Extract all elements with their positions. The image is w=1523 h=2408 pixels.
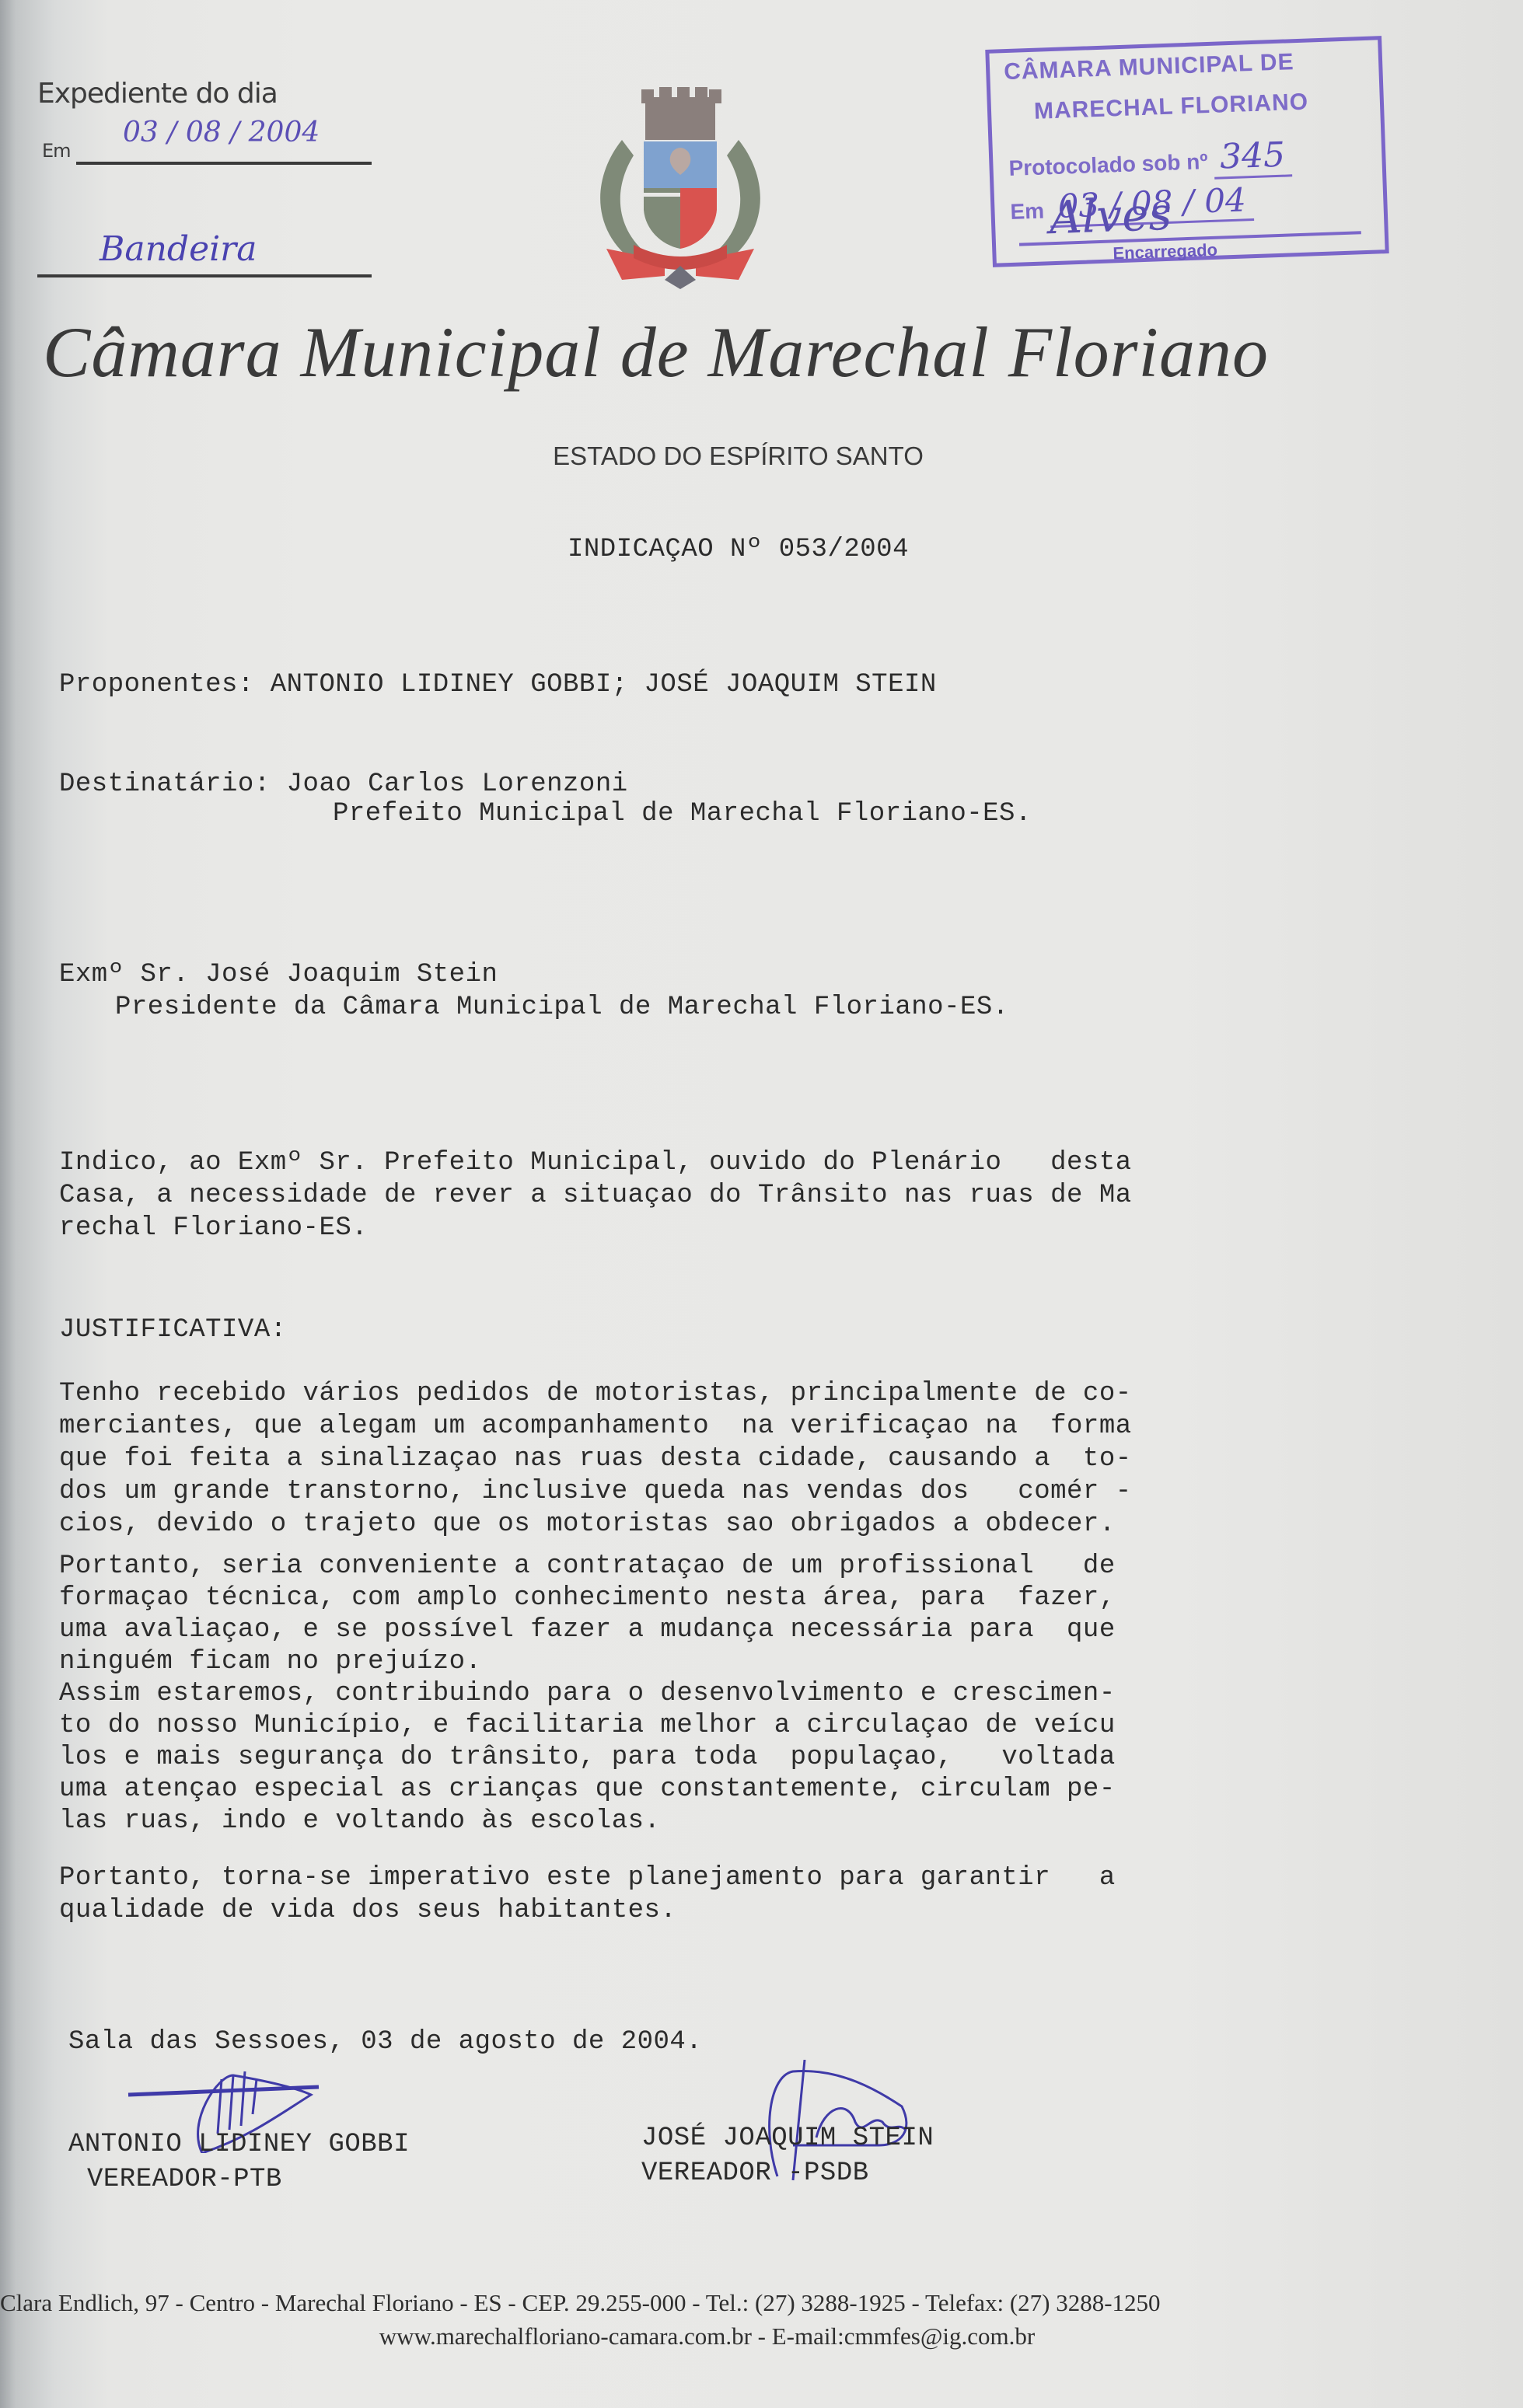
justificativa-paragraph-2: Portanto, seria conveniente a contrataça… <box>59 1551 1116 1837</box>
indication-line: rechal Floriano-ES. <box>59 1212 1132 1244</box>
paragraph-line: Assim estaremos, contribuindo para o des… <box>59 1678 1116 1710</box>
letterhead-state: ESTADO DO ESPÍRITO SANTO <box>0 441 1523 471</box>
letterhead-title: Câmara Municipal de Marechal Floriano <box>43 311 1411 393</box>
paragraph-line: las ruas, indo e voltando às escolas. <box>59 1806 1116 1837</box>
salutation-title: Presidente da Câmara Municipal de Marech… <box>115 993 1009 1022</box>
paragraph-line: que foi feita a sinalizaçao nas ruas des… <box>59 1443 1132 1475</box>
expediente-do-dia-box: Expediente do dia Em 03 / 08 / 2004 Band… <box>37 78 379 210</box>
document-number: INDICAÇAO Nº 053/2004 <box>0 535 1523 564</box>
paragraph-line: Portanto, torna-se imperativo este plane… <box>59 1862 1116 1894</box>
expediente-date-line <box>76 162 372 165</box>
justificativa-paragraph-1: Tenho recebido vários pedidos de motoris… <box>59 1377 1132 1541</box>
proponentes-value: ANTONIO LIDINEY GOBBI; JOSÉ JOAQUIM STEI… <box>271 670 937 700</box>
footer-address: Clara Endlich, 97 - Centro - Marechal Fl… <box>0 2289 1523 2317</box>
justificativa-paragraph-3: Portanto, torna-se imperativo este plane… <box>59 1862 1116 1927</box>
paragraph-line: to do nosso Município, e facilitaria mel… <box>59 1710 1116 1742</box>
paragraph-line: Portanto, seria conveniente a contrataça… <box>59 1551 1116 1583</box>
stamp-line-2: MARECHAL FLORIANO <box>1034 89 1309 125</box>
paragraph-line: uma atençao especial as crianças que con… <box>59 1774 1116 1806</box>
proponentes-label: Proponentes: <box>59 670 254 700</box>
stamp-role: Encarregado <box>1113 240 1217 264</box>
signatory-1-role: VEREADOR-PTB <box>87 2165 282 2194</box>
stamp-protocol-row: Protocolado sob nº 345 <box>1008 134 1292 184</box>
destinatario-title: Prefeito Municipal de Marechal Floriano-… <box>333 799 1032 829</box>
expediente-signature: Bandeira <box>100 229 257 269</box>
stamp-protocol-number: 345 <box>1213 134 1292 179</box>
stamp-line-1: CÂMARA MUNICIPAL DE <box>1004 49 1294 86</box>
signatory-1-name: ANTONIO LIDINEY GOBBI <box>68 2130 410 2159</box>
destinatario-row: Destinatário: Joao Carlos Lorenzoni <box>59 770 628 799</box>
signatory-2-role: VEREADOR -PSDB <box>641 2158 869 2188</box>
paragraph-line: formaçao técnica, com amplo conhecimento… <box>59 1583 1116 1614</box>
indication-paragraph: Indico, ao Exmº Sr. Prefeito Municipal, … <box>59 1146 1132 1244</box>
protocol-stamp: CÂMARA MUNICIPAL DE MARECHAL FLORIANO Pr… <box>985 36 1389 267</box>
paragraph-line: Tenho recebido vários pedidos de motoris… <box>59 1377 1132 1410</box>
proponentes-row: Proponentes: ANTONIO LIDINEY GOBBI; JOSÉ… <box>59 670 937 700</box>
salutation-name: Exmº Sr. José Joaquim Stein <box>59 960 498 989</box>
expediente-label: Expediente do dia <box>37 78 278 110</box>
footer-web-email: www.marechalfloriano-camara.com.br - E-m… <box>0 2322 1523 2350</box>
expediente-signature-line <box>37 274 372 277</box>
justificativa-heading: JUSTIFICATIVA: <box>59 1315 287 1345</box>
destinatario-label: Destinatário: <box>59 770 271 799</box>
stamp-signature: Alves <box>1049 187 1173 244</box>
paragraph-line: uma avaliaçao, e se possível fazer a mud… <box>59 1614 1116 1646</box>
municipal-coat-of-arms-icon <box>591 86 770 295</box>
closing-date: Sala das Sessoes, 03 de agosto de 2004. <box>68 2027 702 2057</box>
expediente-date: 03 / 08 / 2004 <box>123 117 320 148</box>
paragraph-line: qualidade de vida dos seus habitantes. <box>59 1894 1116 1927</box>
indication-line: Casa, a necessidade de rever a situaçao … <box>59 1179 1132 1212</box>
destinatario-name: Joao Carlos Lorenzoni <box>287 770 628 799</box>
stamp-date-label: Em <box>1010 198 1045 224</box>
stamp-protocol-label: Protocolado sob nº <box>1008 149 1208 180</box>
expediente-em-label: Em <box>42 140 71 162</box>
paragraph-line: ninguém ficam no prejuízo. <box>59 1646 1116 1678</box>
indication-line: Indico, ao Exmº Sr. Prefeito Municipal, … <box>59 1146 1132 1179</box>
paragraph-line: los e mais segurança do trânsito, para t… <box>59 1742 1116 1774</box>
paragraph-line: dos um grande transtorno, inclusive qued… <box>59 1475 1132 1508</box>
paragraph-line: merciantes, que alegam um acompanhamento… <box>59 1410 1132 1443</box>
signatory-2-name: JOSÉ JOAQUIM STEIN <box>641 2124 934 2153</box>
paragraph-line: cios, devido o trajeto que os motoristas… <box>59 1508 1132 1541</box>
